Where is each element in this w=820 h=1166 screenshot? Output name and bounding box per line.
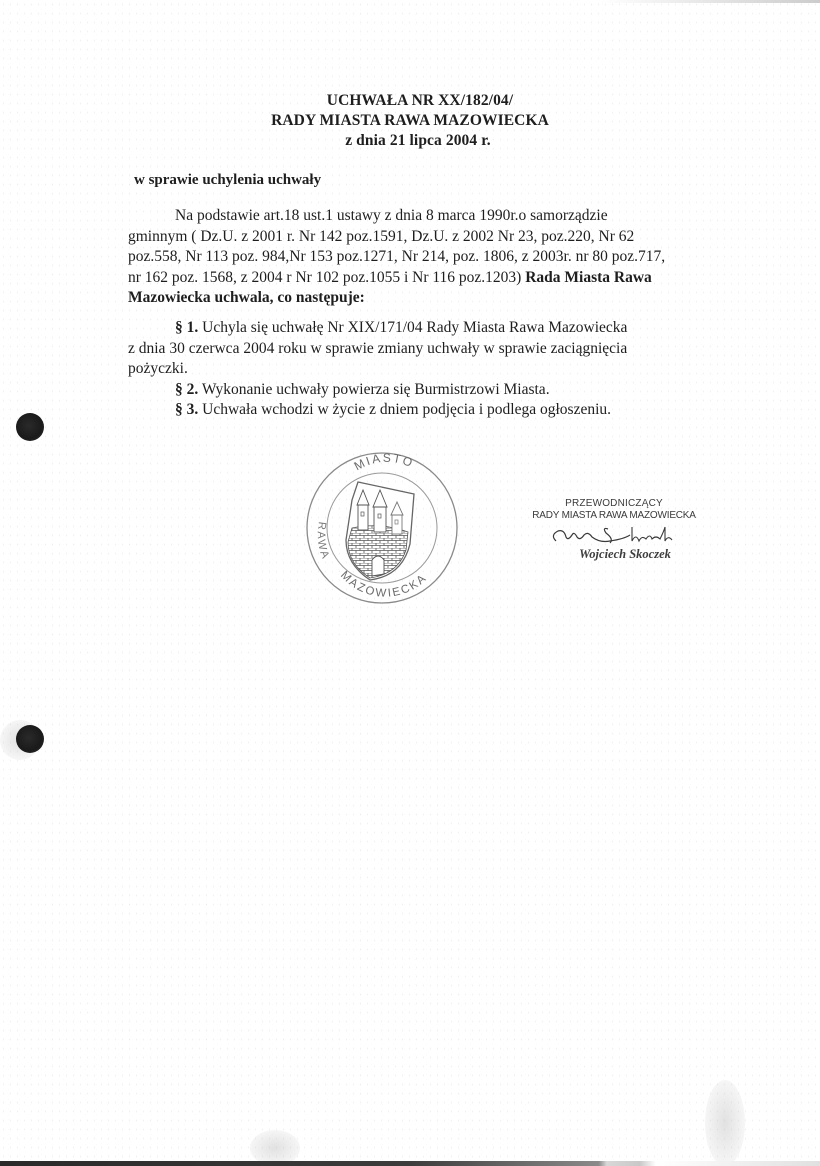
legal-basis-paragraph: Na podstawie art.18 ust.1 ustawy z dnia …	[128, 206, 710, 309]
section-2-text: Wykonanie uchwały powierza się Burmistrz…	[198, 381, 549, 398]
legal-basis-line: Na podstawie art.18 ust.1 ustawy z dnia …	[128, 206, 710, 227]
section-3-text: Uchwała wchodzi w życie z dniem podjęcia…	[198, 401, 611, 418]
city-seal-stamp: MIASTO RAWA MAZOWIECKA	[302, 448, 462, 608]
section-1: § 1. Uchyla się uchwałę Nr XIX/171/04 Ra…	[128, 318, 710, 339]
signatory-title: PRZEWODNICZĄCY	[514, 498, 714, 509]
signatory-body: RADY MIASTA RAWA MAZOWIECKA	[514, 510, 714, 521]
scan-bottom-edge	[0, 1161, 820, 1166]
legal-basis-line: poz.558, Nr 113 poz. 984,Nr 153 poz.1271…	[128, 247, 710, 268]
resolution-sections: § 1. Uchyla się uchwałę Nr XIX/171/04 Ra…	[128, 318, 710, 421]
legal-basis-line: gminnym ( Dz.U. z 2001 r. Nr 142 poz.159…	[128, 227, 710, 248]
seal-left-text: RAWA	[315, 521, 332, 562]
section-3: § 3. Uchwała wchodzi w życie z dniem pod…	[128, 400, 710, 421]
resolution-number: UCHWAŁA NR XX/182/04/	[10, 92, 820, 110]
seal-top-text: MIASTO	[352, 451, 416, 474]
legal-basis-line: nr 162 poz. 1568, z 2004 r Nr 102 poz.10…	[128, 268, 710, 289]
section-1-line: z dnia 30 czerwca 2004 roku w sprawie zm…	[128, 339, 710, 360]
resolution-date: z dnia 21 lipca 2004 r.	[8, 132, 820, 150]
enacting-clause: Mazowiecka uchwala, co następuje:	[128, 288, 710, 309]
handwritten-signature-icon	[544, 523, 684, 549]
scan-smudge	[705, 1080, 745, 1166]
svg-text:MIASTO: MIASTO	[352, 451, 416, 474]
section-2-label: § 2.	[175, 381, 198, 398]
section-1-label: § 1.	[175, 319, 198, 336]
issuing-body: RADY MIASTA RAWA MAZOWIECKA	[0, 112, 820, 130]
resolution-subject: w sprawie uchylenia uchwały	[134, 172, 321, 189]
coat-of-arms-icon	[346, 482, 414, 580]
punch-hole-top	[16, 413, 44, 441]
section-3-label: § 3.	[175, 401, 198, 418]
seal-graphic: MIASTO RAWA MAZOWIECKA	[302, 448, 462, 608]
signature-block: PRZEWODNICZĄCY RADY MIASTA RAWA MAZOWIEC…	[514, 498, 714, 562]
scan-top-edge	[600, 0, 820, 3]
signatory-name: Wojciech Skoczek	[536, 547, 714, 562]
punch-hole-bottom	[16, 725, 44, 753]
section-1-text: Uchyla się uchwałę Nr XIX/171/04 Rady Mi…	[198, 319, 627, 336]
section-2: § 2. Wykonanie uchwały powierza się Burm…	[128, 380, 710, 401]
svg-text:RAWA: RAWA	[315, 521, 332, 562]
legal-basis-bold: Rada Miasta Rawa	[525, 269, 652, 286]
legal-basis-text: nr 162 poz. 1568, z 2004 r Nr 102 poz.10…	[128, 269, 525, 286]
section-1-line: pożyczki.	[128, 359, 710, 380]
